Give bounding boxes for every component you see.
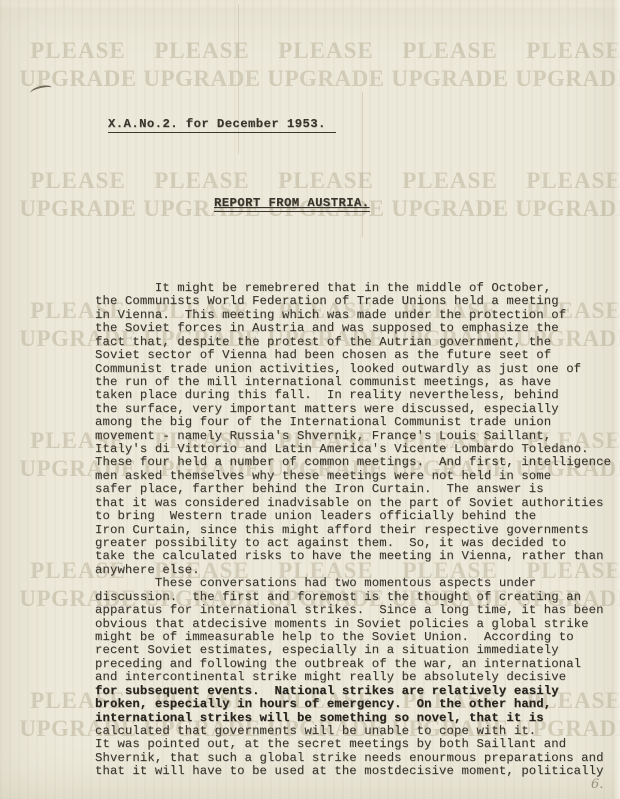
body-line: discussion. the first and foremost is th… bbox=[95, 591, 611, 604]
body-line: for subsequent events. National strikes … bbox=[95, 685, 611, 698]
body-line: Soviet sector of Vienna had been chosen … bbox=[95, 349, 611, 362]
body-line: It was pointed out, at the secret meetin… bbox=[95, 738, 611, 751]
body-line: that it was considered inadvisable on th… bbox=[95, 497, 611, 510]
body-line: take the calculated risks to have the me… bbox=[95, 550, 611, 563]
body-line: fact that, despite the protest of the Au… bbox=[95, 336, 611, 349]
body-line: Communist trade union activities, looked… bbox=[95, 363, 611, 376]
report-reference-title: X.A.No.2. for December 1953. bbox=[108, 117, 336, 133]
body-line: and intercontinental strike might really… bbox=[95, 671, 611, 684]
body-line: in Vienna. This meeting which was made u… bbox=[95, 309, 611, 322]
body-line: recent Soviet estimates, especially in a… bbox=[95, 644, 611, 657]
body-line: greater possibility to act against them.… bbox=[95, 537, 611, 550]
body-line: might be of immeasurable help to the Sov… bbox=[95, 631, 611, 644]
body-line: obvious that atdecisive moments in Sovie… bbox=[95, 618, 611, 631]
body-line: anywhere else. bbox=[95, 564, 611, 577]
body-line: apparatus for international strikes. Sin… bbox=[95, 604, 611, 617]
body-line: These conversations had two momentous as… bbox=[95, 577, 611, 590]
body-line: among the big four of the International … bbox=[95, 416, 611, 429]
document-page: PLEASEUPGRADEPLEASEUPGRADEPLEASEUPGRADEP… bbox=[0, 0, 620, 799]
body-line: men asked themselves why these meetings … bbox=[95, 470, 611, 483]
document-content: X.A.No.2. for December 1953. REPORT FROM… bbox=[0, 0, 620, 799]
body-line: taken place during this fall. In reality… bbox=[95, 389, 611, 402]
document-body: It might be remebrered that in the middl… bbox=[95, 282, 611, 779]
body-line: Italy's di Vittorio and Latin America's … bbox=[95, 443, 611, 456]
handwritten-page-number: 6. bbox=[591, 777, 603, 792]
body-line: broken, especially in hours of emergency… bbox=[95, 698, 611, 711]
body-line: Shvernik, that such a global strike need… bbox=[95, 752, 611, 765]
body-line: calculated that governments will be unab… bbox=[95, 725, 611, 738]
body-line: the surface, very important matters were… bbox=[95, 403, 611, 416]
body-line: the Communists World Federation of Trade… bbox=[95, 295, 611, 308]
body-line: international strikes will be something … bbox=[95, 712, 611, 725]
body-line: the run of the mill international commun… bbox=[95, 376, 611, 389]
body-line: that it will have to be used at the most… bbox=[95, 765, 611, 778]
body-line: preceding and following the outbreak of … bbox=[95, 658, 611, 671]
body-line: It might be remebrered that in the middl… bbox=[95, 282, 611, 295]
body-line: to bring Western trade union leaders off… bbox=[95, 510, 611, 523]
body-line: the Soviet forces in Austria and was sup… bbox=[95, 322, 611, 335]
body-line: safer place, farther behind the Iron Cur… bbox=[95, 483, 611, 496]
body-line: movement - namely Russia's Shvernik, Fra… bbox=[95, 430, 611, 443]
body-line: These four held a number of common meeti… bbox=[95, 456, 611, 469]
report-heading: REPORT FROM AUSTRIA. bbox=[214, 196, 370, 212]
body-line: Iron Curtain, since this might afford th… bbox=[95, 524, 611, 537]
